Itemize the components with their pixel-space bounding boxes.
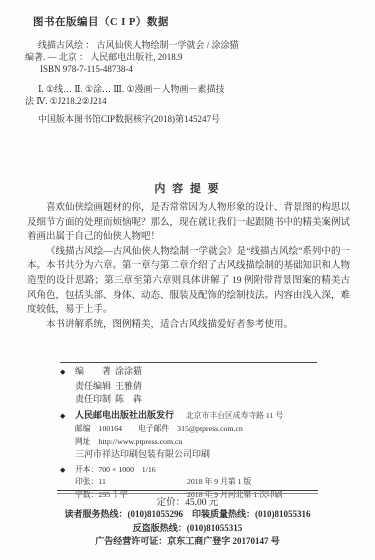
email-value: 315@ptpress.com.cn: [177, 423, 243, 435]
credit-role: 责任编辑: [75, 380, 115, 394]
website-row: 网址 http://www.ptpress.com.cn: [60, 436, 322, 448]
diamond-bullet-icon: ◆: [60, 366, 75, 380]
copyright-page: 图书在版编目（C I P）数据 线描古风绘 ： 古风仙侠人物绘制一学就会 / 涂…: [0, 0, 375, 560]
credit-role: 编 著: [75, 365, 115, 379]
cip-header: 图书在版编目（C I P）数据: [33, 14, 169, 29]
anti-piracy-hotline: 反盗版热线：(010)81055315: [0, 521, 375, 534]
service-hotline: 读者服务热线：(010)81055296 印装质量热线：(010)8105531…: [0, 507, 375, 520]
colophon: ◆ 编 著 涂涂猫 责任编辑 王雅倩 责任印制 陈 犇 ◆ 人民邮电出版社出版发…: [60, 365, 322, 501]
cip-registry-number: 中国版本图书馆CIP数据核字(2018)第145247号: [38, 112, 220, 125]
publisher-name: 人民邮电出版社出版发行: [75, 409, 174, 423]
divider-top: [60, 362, 317, 363]
printer-name: 三河市祥达印刷包装有限公司印刷: [75, 448, 210, 461]
credit-name: 王雅倩: [115, 380, 142, 394]
cip-class-line1: Ⅰ. ①线… Ⅱ. ①涂… Ⅲ. ①漫画－人物画－素描技: [25, 83, 335, 95]
diamond-bullet-icon: ◆: [60, 464, 75, 476]
contact-row: 邮编 100164 电子邮件 315@ptpress.com.cn: [60, 423, 322, 435]
format-row-size: ◆ 开本：700 × 1000 1/16: [60, 464, 322, 476]
credit-row-editor: 责任编辑 王雅倩: [60, 380, 322, 394]
credit-name: 涂涂猫: [115, 365, 142, 379]
credit-row-print-supervisor: 责任印制 陈 犇: [60, 393, 322, 407]
website-label: 网址: [75, 436, 91, 448]
credit-row-author: ◆ 编 著 涂涂猫: [60, 365, 322, 380]
abstract-title: 内 容 提 要: [0, 180, 375, 196]
credit-name: 陈 犇: [115, 393, 142, 407]
abstract-body: 喜欢仙侠绘画题材的你，是否常常因为人物形象的设计、背景图的构思以及细节方面的处理…: [27, 201, 350, 332]
isbn-number: ISBN 978-7-115-48738-4: [25, 63, 325, 75]
abstract-paragraph: 本书讲解系统，图例精美，适合古风线描爱好者参考使用。: [27, 318, 350, 333]
format-size: 开本：700 × 1000 1/16: [75, 464, 156, 476]
cip-record: 线描古风绘 ： 古风仙侠人物绘制一学就会 / 涂涂猫 编著. — 北京 ： 人民…: [25, 39, 325, 76]
postcode-label: 邮编: [75, 423, 91, 435]
diamond-bullet-icon: ◆: [60, 410, 75, 424]
abstract-paragraph: 《线描古风绘—古风仙侠人物绘制一学就会》是“线描古风绘”系列中的一本。本书共分为…: [27, 245, 350, 318]
cip-record-line1: 线描古风绘 ： 古风仙侠人物绘制一学就会 / 涂涂猫: [25, 39, 325, 51]
publisher-row: ◆ 人民邮电出版社出版发行 北京市丰台区成寿寺路 11 号: [60, 409, 322, 424]
format-row-sheets: 印张：11 2018 年 9 月第 1 版: [60, 476, 322, 488]
price: 定价：45.00 元: [0, 494, 375, 508]
cip-classification: Ⅰ. ①线… Ⅱ. ①涂… Ⅲ. ①漫画－人物画－素描技 法 Ⅳ. ①J218.…: [25, 83, 335, 107]
format-edition: 2018 年 9 月第 1 版: [187, 476, 251, 488]
format-sheets: 印张：11: [75, 476, 187, 488]
advertising-license: 广告经营许可证：京东工商广登字 20170147 号: [0, 534, 375, 547]
postcode-value: 100164: [99, 423, 122, 435]
website-value: http://www.ptpress.com.cn: [99, 436, 183, 448]
credit-role: 责任印制: [75, 393, 115, 407]
abstract-paragraph: 喜欢仙侠绘画题材的你，是否常常因为人物形象的设计、背景图的构思以及细节方面的处理…: [27, 201, 350, 245]
publisher-address: 北京市丰台区成寿寺路 11 号: [186, 409, 283, 423]
cip-record-line2: 编著. — 北京 ： 人民邮电出版社, 2018.9: [25, 51, 325, 63]
printer-row: 三河市祥达印刷包装有限公司印刷: [60, 448, 322, 461]
email-label: 电子邮件: [138, 423, 169, 435]
cip-class-line2: 法 Ⅳ. ①J218.2②J214: [25, 95, 335, 107]
